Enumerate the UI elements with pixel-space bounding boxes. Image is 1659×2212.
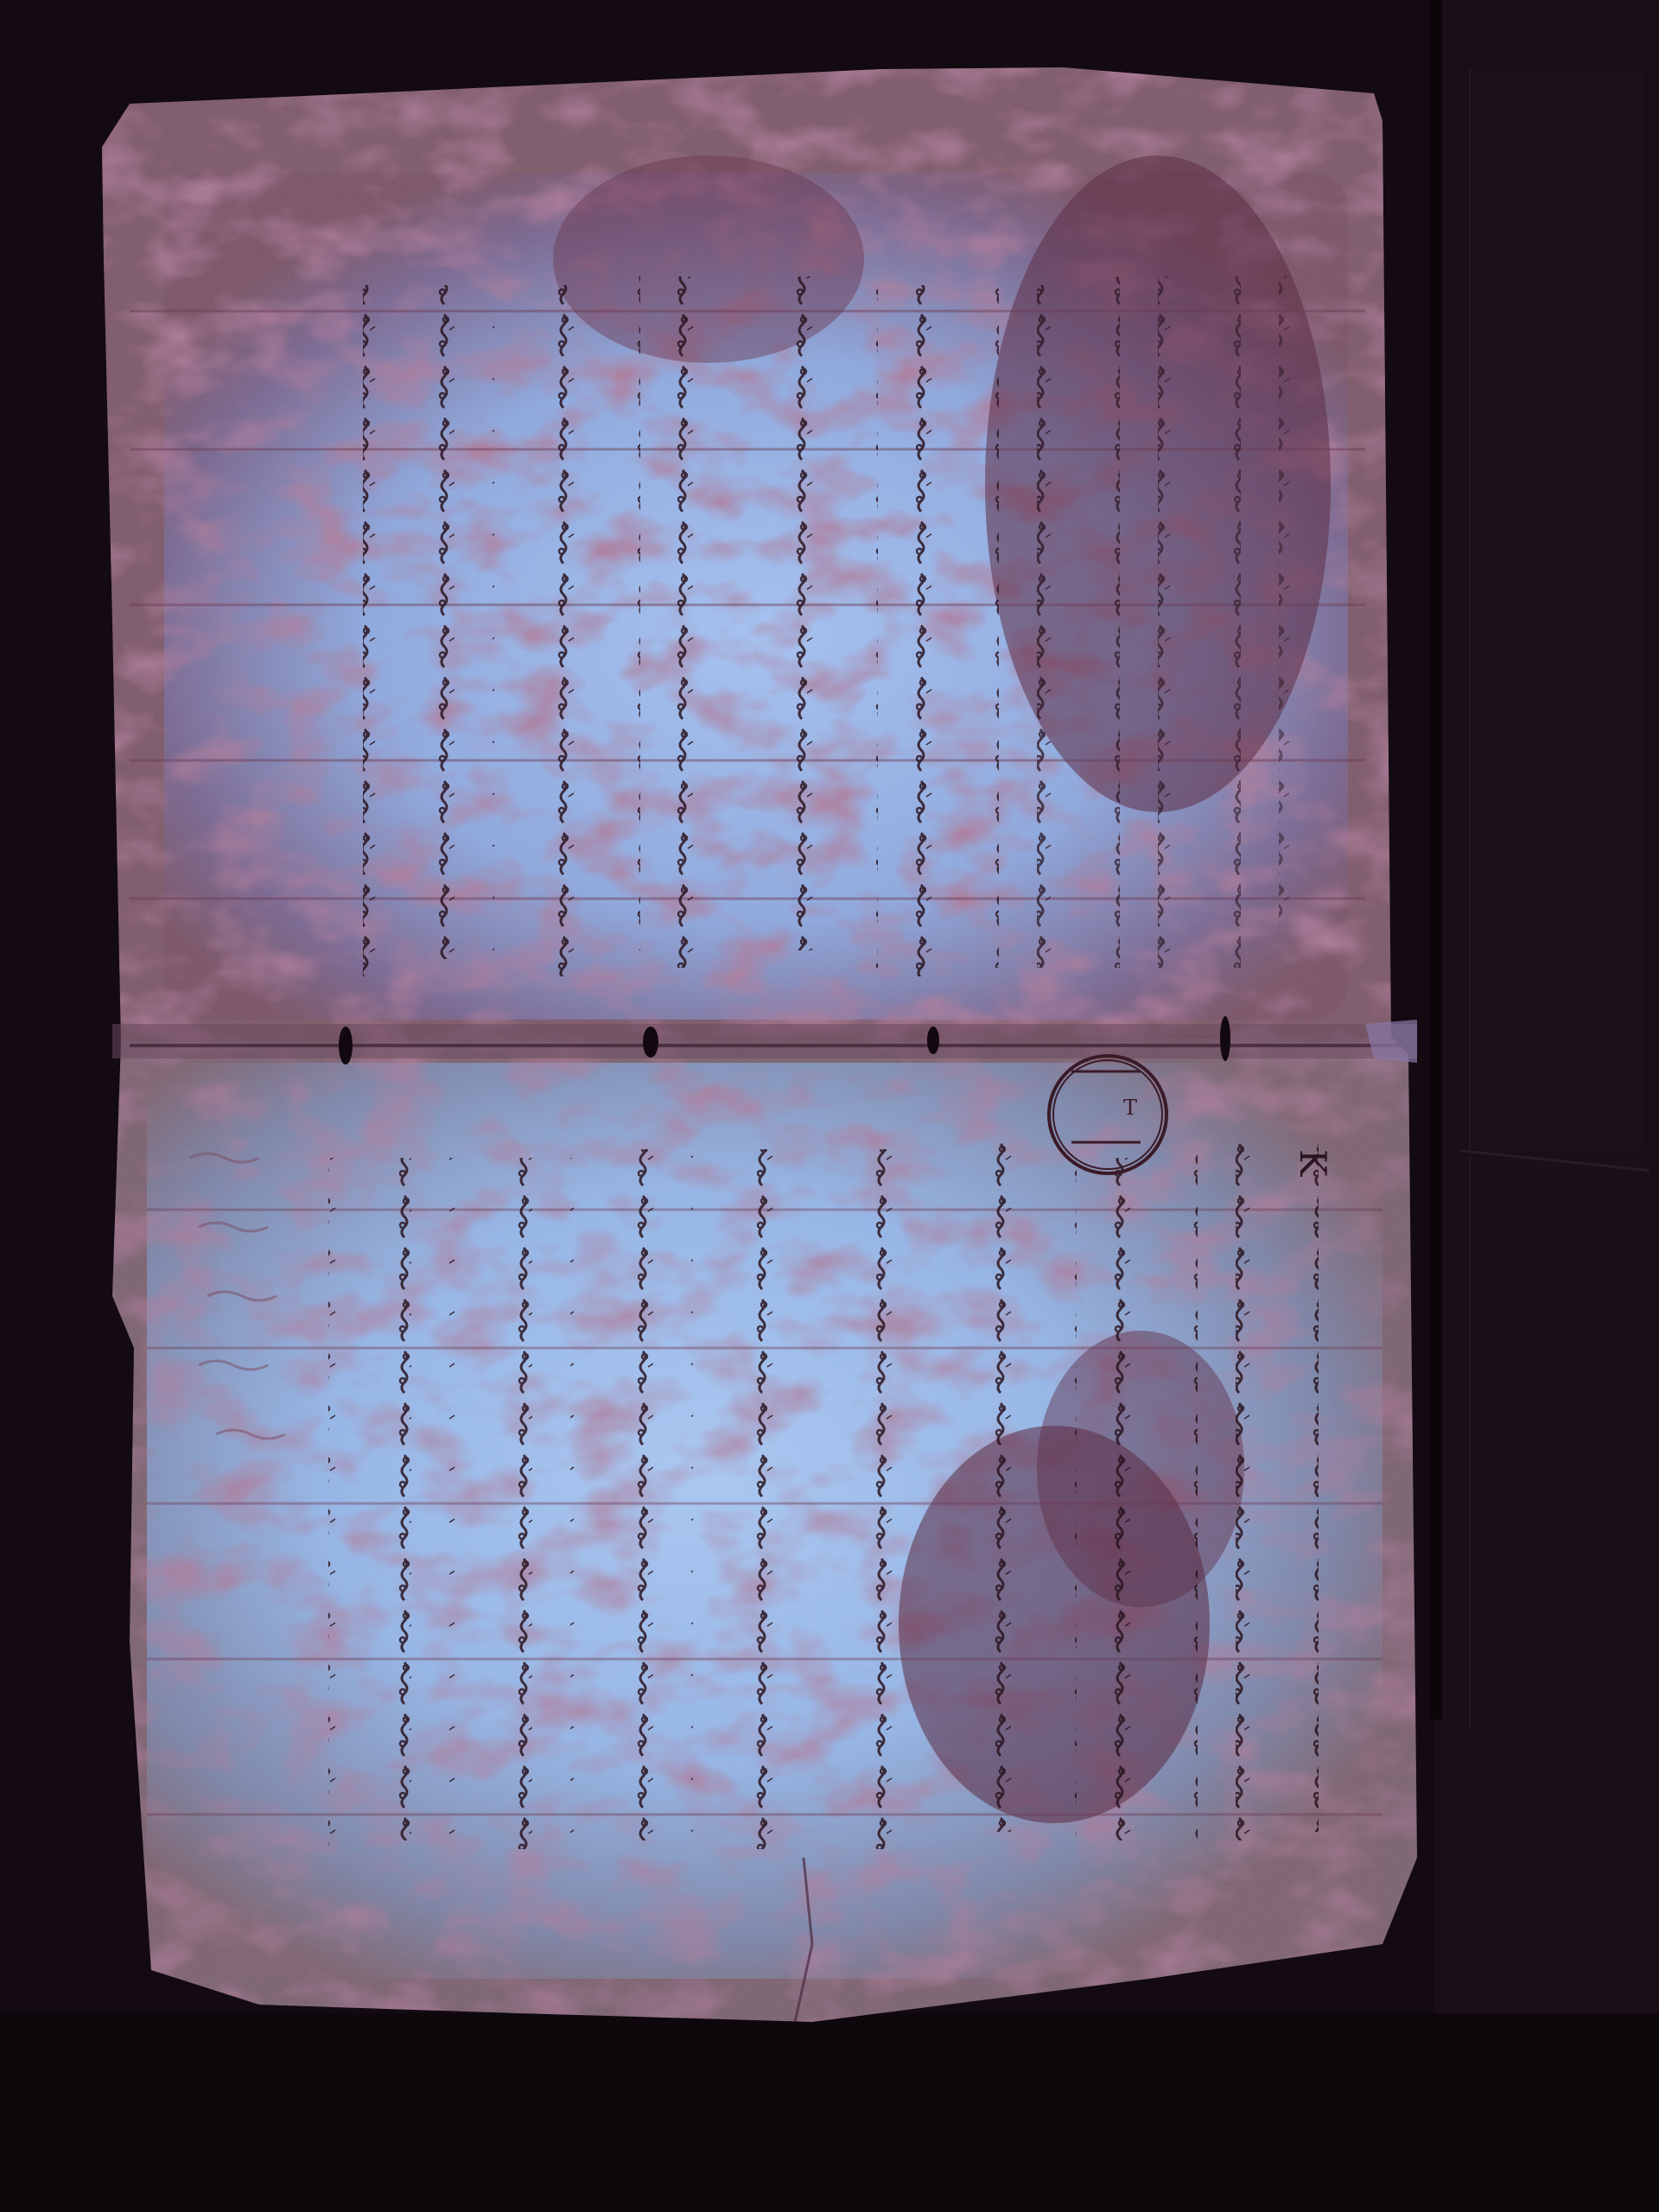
parchment-svg: Κ T xyxy=(0,0,1659,2212)
manuscript-bifolium: Κ T xyxy=(0,0,1659,2212)
sewing-hole xyxy=(339,1027,353,1065)
sewing-hole xyxy=(927,1027,939,1054)
sewing-hole xyxy=(643,1027,658,1058)
lower-leaf: Κ xyxy=(104,1037,1434,2031)
sewing-hole xyxy=(1220,1016,1230,1061)
upper-leaf xyxy=(86,52,1417,1054)
stamp-glyph: T xyxy=(1123,1096,1137,1120)
initial-letter: Κ xyxy=(1292,1149,1334,1178)
